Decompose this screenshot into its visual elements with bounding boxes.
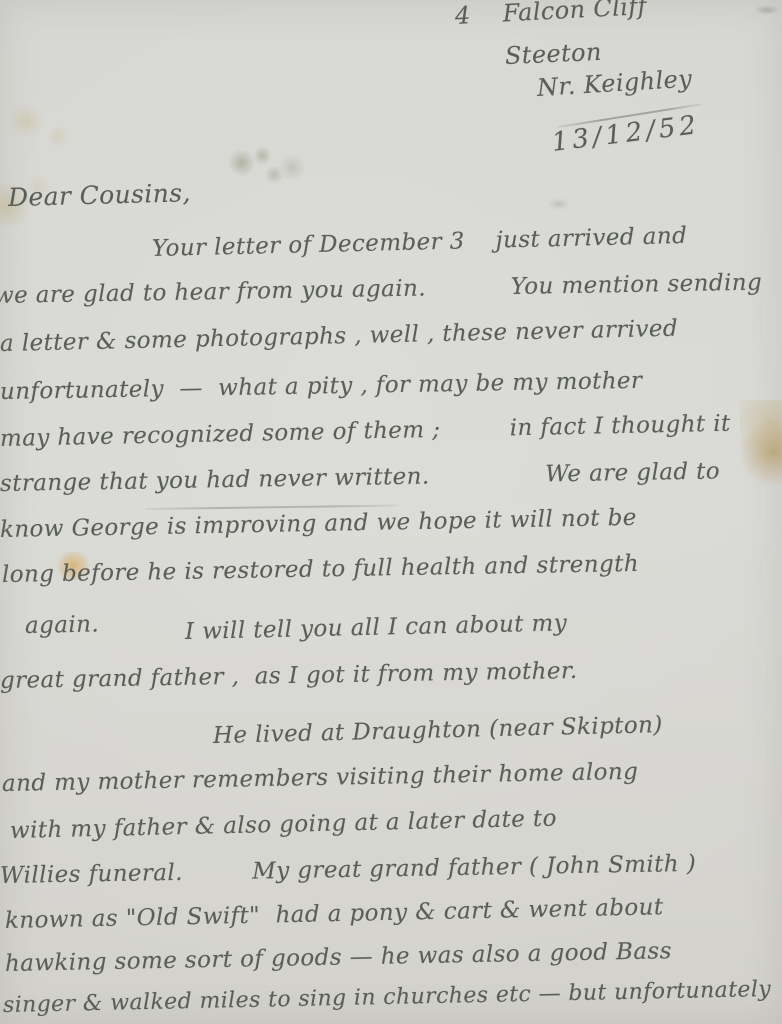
body-line: He lived at Draughton (near Skipton) bbox=[213, 712, 663, 749]
body-line: known as "Old Swift" had a pony & cart &… bbox=[5, 894, 664, 934]
body-line: may have recognized some of them ; in fa… bbox=[0, 411, 731, 452]
address-line: Steeton bbox=[504, 38, 602, 70]
address-line: 4 Falcon Cliff bbox=[454, 0, 647, 30]
body-line: singer & walked miles to sing in churche… bbox=[3, 977, 772, 1018]
body-line: and my mother remembers visiting their h… bbox=[2, 759, 639, 797]
body-line: with my father & also going at a later d… bbox=[10, 806, 557, 844]
paper-stain-yellow bbox=[740, 400, 782, 485]
body-line: hawking some sort of goods — he was also… bbox=[5, 938, 672, 977]
paper-smudge bbox=[754, 5, 780, 15]
body-line: we are glad to hear from you again. You … bbox=[0, 270, 762, 309]
letter-paper: 4 Falcon Cliff Steeton Nr. Keighley 13/1… bbox=[0, 0, 782, 1024]
paper-stain-specks bbox=[222, 146, 312, 194]
body-line: a letter & some photographs , well , the… bbox=[0, 316, 678, 357]
body-line: I will tell you all I can about my bbox=[185, 610, 568, 645]
body-line: long before he is restored to full healt… bbox=[2, 551, 639, 588]
body-line: strange that you had never written. We a… bbox=[0, 458, 720, 497]
body-line: know George is improving and we hope it … bbox=[0, 505, 637, 543]
body-line: great grand father , as I got it from my… bbox=[0, 658, 578, 694]
body-line: Willies funeral. My great grand father (… bbox=[0, 851, 696, 889]
body-line: unfortunately — what a pity , for may be… bbox=[0, 368, 643, 405]
paper-smudge bbox=[548, 198, 570, 210]
body-line: again. bbox=[25, 611, 100, 639]
address-line: Nr. Keighley bbox=[536, 65, 693, 102]
salutation: Dear Cousins, bbox=[8, 178, 192, 212]
body-line: Your letter of December 3 just arrived a… bbox=[152, 223, 688, 262]
